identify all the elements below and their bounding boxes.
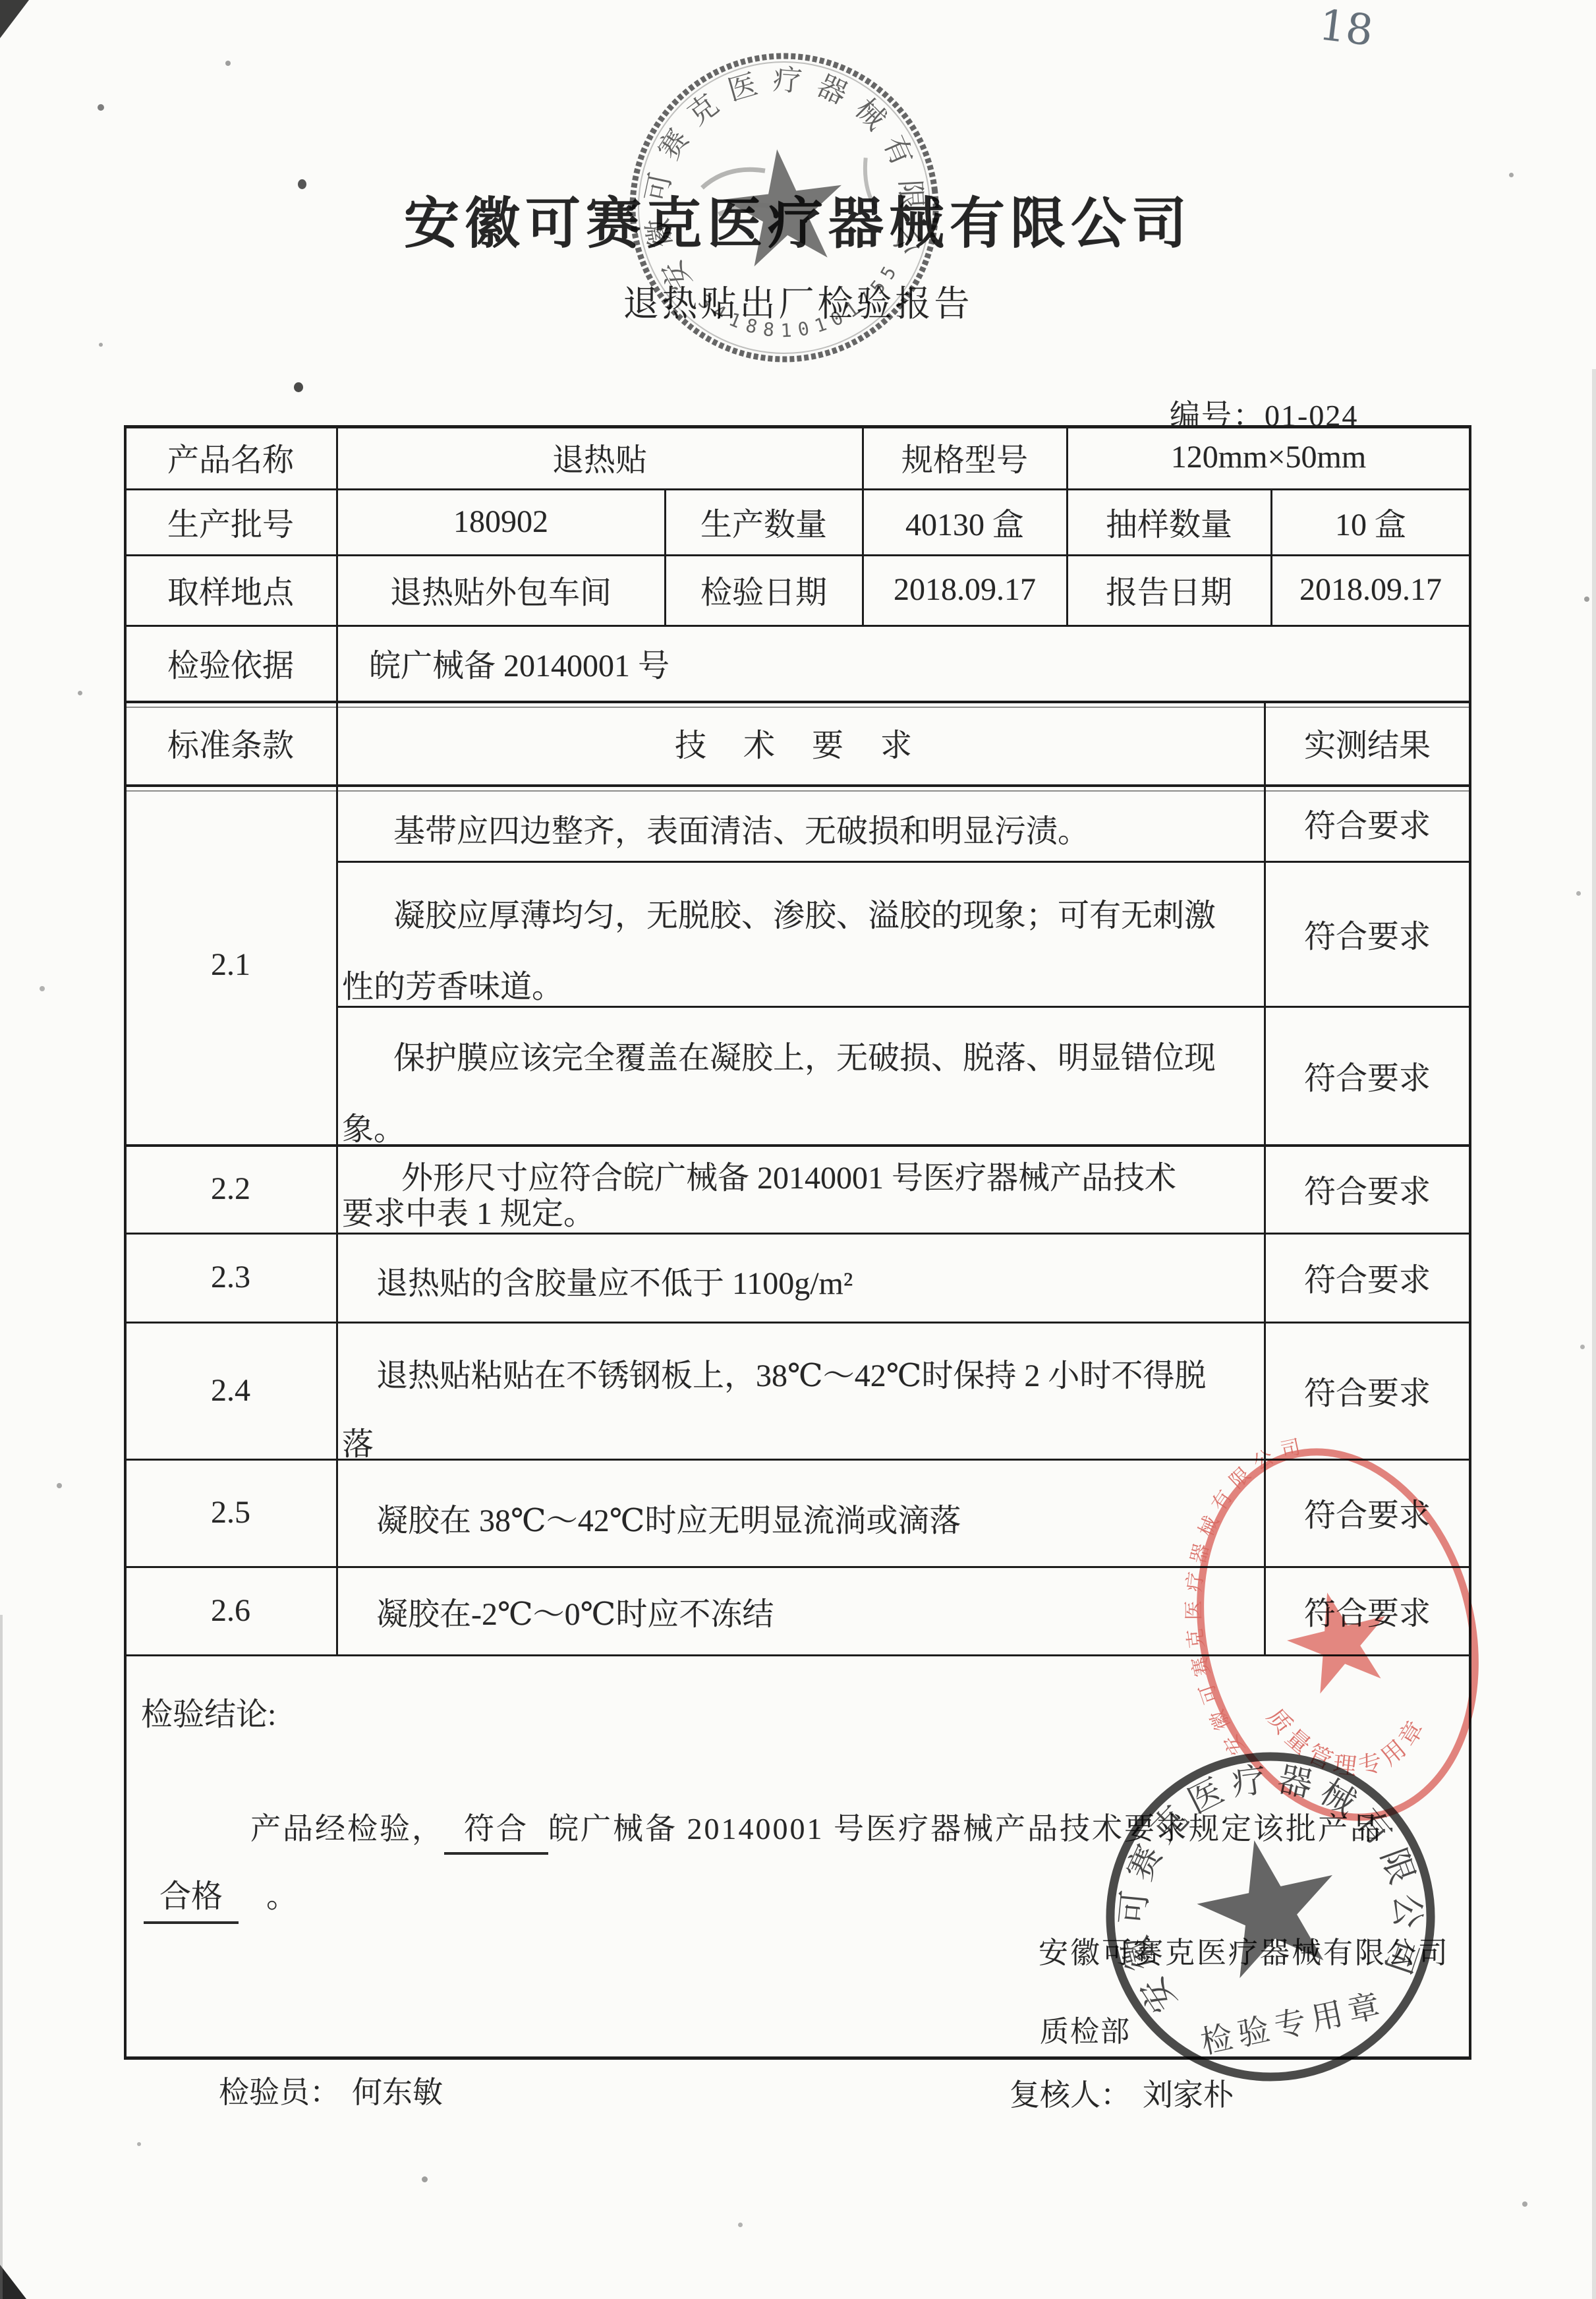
info-label: 检验依据 — [125, 625, 336, 701]
info-value: 退热贴 — [337, 425, 862, 488]
inspector-name: 何东敏 — [352, 2076, 443, 2109]
scan-speck — [422, 2176, 428, 2182]
scan-speck — [1580, 1345, 1585, 1349]
handwritten-page-number: 18 — [1317, 1, 1376, 55]
conclusion-underlined-word: 符合 — [444, 1805, 548, 1855]
info-value: 2018.09.17 — [1272, 554, 1469, 625]
conclusion-verdict: 合格。 — [144, 1871, 298, 1924]
info-label: 生产数量 — [666, 488, 862, 554]
requirement-line: 要求中表 1 规定。 — [342, 1188, 595, 1233]
requirement-line: 凝胶在-2℃～0℃时应不冻结 — [342, 1588, 774, 1634]
info-value: 180902 — [337, 488, 664, 554]
result-cell: 符合要求 — [1265, 1006, 1469, 1144]
info-value: 40130 盒 — [863, 488, 1066, 554]
scan-corner-mark — [0, 2265, 26, 2299]
scan-speck — [294, 382, 303, 392]
svg-text:3418810101755: 3418810101755 — [691, 254, 912, 353]
scan-edge-shadow — [0, 1615, 3, 2299]
clause-cell: 2.3 — [125, 1233, 336, 1322]
scan-speck — [738, 2223, 743, 2227]
info-value: 120mm×50mm — [1068, 425, 1469, 488]
scan-speck — [137, 2142, 141, 2146]
requirement-line: 落 — [342, 1418, 374, 1464]
requirement-line: 退热贴的含胶量应不低于 1100g/m² — [342, 1258, 853, 1303]
clause-cell: 2.5 — [125, 1459, 336, 1566]
spec-header-result: 实测结果 — [1265, 701, 1469, 784]
requirement-line: 凝胶在 38℃～42℃时应无明显流淌或滴落 — [342, 1495, 961, 1540]
scan-speck — [78, 691, 82, 695]
result-cell: 符合要求 — [1265, 1233, 1469, 1322]
star-icon — [1278, 1581, 1400, 1699]
clause-cell: 2.4 — [125, 1322, 336, 1459]
scan-speck — [298, 179, 306, 189]
spec-header-requirement: 技 术 要 求 — [337, 701, 1264, 784]
inspector-signature: 检验员：何东敏 — [219, 2068, 443, 2112]
scan-speck — [57, 1483, 62, 1488]
info-label: 取样地点 — [125, 554, 336, 625]
star-icon — [1187, 1826, 1350, 1983]
inspector-label: 检验员： — [219, 2076, 340, 2109]
requirement-line: 退热贴粘贴在不锈钢板上，38℃～42℃时保持 2 小时不得脱 — [342, 1350, 1206, 1395]
conclusion-underlined-word: 合格 — [144, 1871, 239, 1924]
result-cell: 符合要求 — [1265, 784, 1469, 861]
clause-cell: 2.6 — [125, 1566, 336, 1654]
scanned-inspection-report: 18 安徽可赛克医疗器械有限公司 退热贴出厂检验报告 编号：01-024 产品名… — [0, 0, 1596, 2299]
scan-edge-shadow — [1592, 369, 1596, 2299]
scan-speck — [98, 104, 104, 111]
info-value: 10 盒 — [1272, 488, 1469, 554]
scan-speck — [40, 986, 45, 991]
scan-speck — [1576, 891, 1581, 896]
requirement-line: 凝胶应厚薄均匀，无脱胶、渗胶、溢胶的现象；可有无刺激 — [342, 890, 1216, 935]
scan-corner-mark — [0, 0, 29, 38]
info-value: 退热贴外包车间 — [337, 554, 664, 625]
clause-cell: 2.2 — [125, 1144, 336, 1233]
requirement-line: 保护膜应该完全覆盖在凝胶上，无破损、脱落、明显错位现 — [342, 1032, 1216, 1078]
scan-speck — [225, 61, 231, 66]
spec-header-clause: 标准条款 — [125, 701, 336, 784]
requirement-line: 象。 — [342, 1103, 405, 1149]
requirement-line: 基带应四边整齐，表面清洁、无破损和明显污渍。 — [342, 805, 1089, 851]
info-value: 皖广械备 20140001 号 — [369, 625, 1423, 701]
handwriting-mark — [863, 158, 876, 210]
info-label: 抽样数量 — [1068, 488, 1270, 554]
info-label: 生产批号 — [125, 488, 336, 554]
top-company-seal-stamp: 安徽可赛克医疗器械有限公司 3418810101755 — [613, 36, 955, 379]
conclusion-label: 检验结论: — [141, 1689, 276, 1734]
scan-speck — [1522, 2201, 1527, 2207]
info-label: 检验日期 — [666, 554, 862, 625]
info-label: 报告日期 — [1068, 554, 1270, 625]
inspection-seal-stamp: 安徽可赛克医疗器械有限公司 检验专用章 — [1079, 1732, 1462, 2101]
requirement-line: 性的芳香味道。 — [342, 961, 563, 1006]
seal-code-text: 3418810101755 — [691, 254, 912, 353]
result-cell: 符合要求 — [1265, 861, 1469, 1006]
scan-speck — [1509, 173, 1514, 177]
result-cell: 符合要求 — [1265, 1144, 1469, 1233]
scan-speck — [1584, 597, 1589, 602]
conclusion-text: 。 — [266, 1879, 298, 1914]
info-label: 产品名称 — [125, 425, 336, 488]
clause-cell: 2.1 — [125, 784, 336, 1144]
info-label: 规格型号 — [863, 425, 1066, 488]
conclusion-text: 产品经检验， — [250, 1812, 444, 1846]
info-value: 2018.09.17 — [863, 554, 1066, 625]
scan-speck — [99, 343, 103, 347]
